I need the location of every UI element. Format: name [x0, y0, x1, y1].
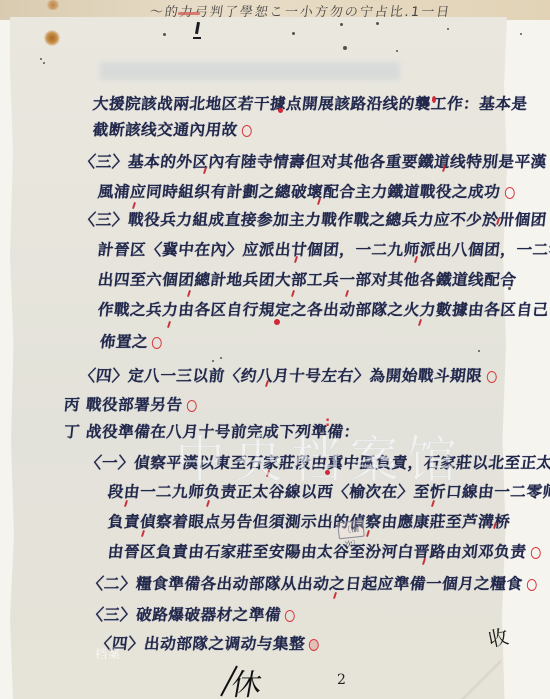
red-circle-mark [309, 639, 319, 651]
line-text: 〈四〉定八一三以前〈约八月十号左右〉為開始戰斗期限 [79, 366, 484, 385]
body-line: 〈三〉基本的外区內有陸寺情壽但对其他各重要鐵道线特別是平漢 [79, 150, 548, 172]
body-line: 〈四〉出动部隊之调动与集整 [95, 632, 321, 654]
red-dot-mark [432, 96, 436, 103]
line-text: 〈三〉戰役兵力組成直接参加主力戰作戰之總兵力应不少於卅個团 [79, 210, 548, 229]
line-text: 作戰之兵力由各区自行規定之各出动部隊之火力數據由各区自己 [97, 300, 550, 319]
line-text: 截断該线交通內用故 [92, 120, 239, 139]
line-text: 由晉区負責由石家莊至安陽由太谷至汾河白晋路由刘邓负责 [107, 542, 528, 561]
body-line: 〈四〉定八一三以前〈约八月十号左右〉為開始戰斗期限 [79, 364, 498, 386]
body-line: 〈一〉偵察平漢以東至石家莊段由冀中區負責，石家莊以北至正太谷 [85, 451, 550, 473]
body-line: 作戰之兵力由各区自行規定之各出动部隊之火力數據由各区自己 [97, 298, 550, 320]
body-line: 由晉区負責由石家莊至安陽由太谷至汾河白晋路由刘邓负责 [107, 540, 542, 562]
red-circle-mark [285, 610, 295, 622]
line-text: 〈三〉基本的外区內有陸寺情壽但对其他各重要鐵道线特別是平漢 [79, 152, 548, 171]
red-circle-mark [526, 579, 536, 591]
line-text: 〈三〉破路爆破器材之準備 [87, 605, 282, 624]
body-line: 風浦应同時組织有計劃之總破壞配合主力鐵道戰役之成功 [97, 180, 516, 202]
line-text: 〈二〉糧食準備各出动部隊从出动之日起应準備一個月之糧食 [87, 574, 524, 593]
body-line: 丙 戰役部署另告 [63, 393, 198, 415]
body-line: 〈二〉糧食準備各出动部隊从出动之日起应準備一個月之糧食 [87, 572, 538, 594]
body-line: 〈三〉戰役兵力組成直接参加主力戰作戰之總兵力应不少於卅個团 [79, 208, 548, 230]
body-line: 負責偵察着眼点另告但須測示出的偵察由應康莊至芦溝桥 [107, 510, 512, 532]
red-circle-mark [186, 400, 196, 412]
line-text: 丙 戰役部署另告 [63, 395, 184, 414]
line-text: 大援院該战兩北地区若干據点開展該路沿线的襲工作：基本是 [92, 94, 529, 113]
body-line: 佈置之 [99, 330, 164, 352]
line-text: 風浦应同時組织有計劃之總破壞配合主力鐵道戰役之成功 [97, 182, 502, 201]
line-text: 計晉区〈冀中在內〉应派出廿個团，一二九师派出八個团，一二零师派 [97, 240, 550, 259]
document-body: 大援院該战兩北地区若干據点開展該路沿线的襲工作：基本是 截断該线交通內用故 〈三… [0, 0, 550, 699]
line-text: 負責偵察着眼点另告但須測示出的偵察由應康莊至芦溝桥 [107, 512, 512, 531]
body-line: 〈三〉破路爆破器材之準備 [87, 603, 297, 625]
body-line: 段由一二九师负责正太谷線以西〈榆次在〉至忻口線由一二零师 [107, 480, 550, 502]
body-line: 計晉区〈冀中在內〉应派出廿個团，一二九师派出八個团，一二零师派 [97, 238, 550, 260]
red-circle-mark [504, 187, 514, 199]
insertion-correction: 〔榆次〕 [337, 520, 365, 540]
line-text: 佈置之 [99, 332, 149, 351]
line-text: 丁 战役準備在八月十号前完成下列準備： [63, 422, 361, 441]
red-circle-mark [152, 337, 162, 349]
red-circle-mark [530, 547, 540, 559]
body-line: 出四至六個团總計地兵团大部工兵一部对其他各鐵道线配合 [97, 268, 518, 290]
body-line: 大援院該战兩北地区若干據点開展該路沿线的襲工作：基本是 [92, 92, 529, 114]
line-text: 〈一〉偵察平漢以東至石家莊段由冀中區負責，石家莊以北至正太谷 [85, 453, 550, 472]
red-circle-mark [242, 125, 252, 137]
line-text: 〈四〉出动部隊之调动与集整 [95, 634, 306, 653]
corner-watermark: 档案 [95, 645, 121, 662]
red-dot-mark [325, 470, 330, 475]
page-number: 2 [337, 672, 346, 688]
red-dot-mark [274, 319, 280, 325]
red-dot-mark [278, 108, 283, 113]
body-line: 丁 战役準備在八月十号前完成下列準備： [63, 420, 361, 442]
line-text: 出四至六個团總計地兵团大部工兵一部对其他各鐵道线配合 [97, 270, 518, 289]
line-text: 段由一二九师负责正太谷線以西〈榆次在〉至忻口線由一二零师 [107, 482, 550, 501]
red-circle-mark [486, 371, 496, 383]
body-line: 截断該线交通內用故 [92, 118, 253, 140]
red-colon-mark: : [325, 415, 330, 430]
